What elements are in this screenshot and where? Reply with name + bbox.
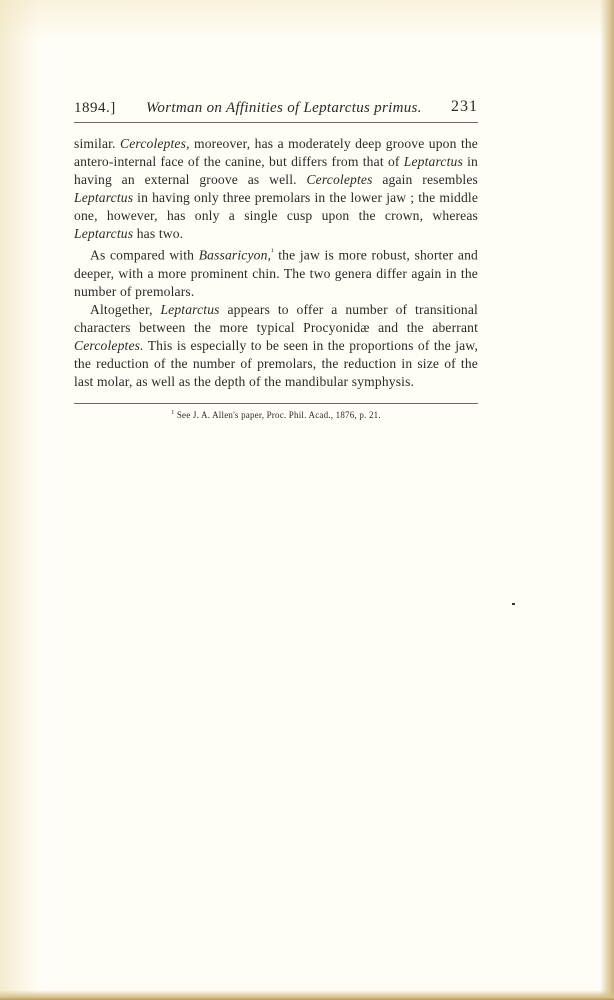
paragraph: Altogether, Leptarctus appears to offer … <box>74 301 478 391</box>
page-edge-top <box>0 0 614 40</box>
footnote-text: See J. A. Allen's paper, Proc. Phil. Aca… <box>177 410 381 420</box>
ink-speck <box>512 603 515 605</box>
italic-term: Cercoleptes. <box>74 338 144 353</box>
body-text: similar. Cercoleptes, moreover, has a mo… <box>74 135 478 391</box>
paragraph: As compared with Bassaricyon,¹ the jaw i… <box>74 243 478 301</box>
text-run: similar. <box>74 136 120 151</box>
italic-term: Leptarctus <box>74 190 133 205</box>
running-head: 1894.] Wortman on Affinities of Leptarct… <box>74 96 478 122</box>
footnote: 1 See J. A. Allen's paper, Proc. Phil. A… <box>74 410 478 420</box>
text-run: As compared with <box>90 248 199 263</box>
italic-term: Bassaricyon <box>199 248 268 263</box>
footnote-marker: 1 <box>171 410 174 416</box>
page-edge-bottom <box>0 990 614 1000</box>
text-run: Altogether, <box>90 302 160 317</box>
text-run: in having only three premolars in the lo… <box>74 190 478 223</box>
italic-term: Leptarctus <box>404 154 463 169</box>
footnote-rule <box>74 403 478 404</box>
italic-term: Cercoleptes <box>306 172 372 187</box>
header-rule <box>74 122 478 123</box>
book-page: 1894.] Wortman on Affinities of Leptarct… <box>74 96 478 420</box>
text-run: again resembles <box>373 172 478 187</box>
paragraph: similar. Cercoleptes, moreover, has a mo… <box>74 135 478 243</box>
italic-term: Cercoleptes <box>120 136 186 151</box>
running-head-title: Wortman on Affinities of Leptarctus prim… <box>146 100 422 117</box>
italic-term: Leptarctus <box>160 302 219 317</box>
page-edge-right <box>600 0 614 1000</box>
text-run: has two. <box>133 226 183 241</box>
page-number: 231 <box>451 98 478 116</box>
running-head-year: 1894.] <box>74 100 116 117</box>
page-edge-left <box>0 0 40 1000</box>
italic-term: Leptarctus <box>74 226 133 241</box>
